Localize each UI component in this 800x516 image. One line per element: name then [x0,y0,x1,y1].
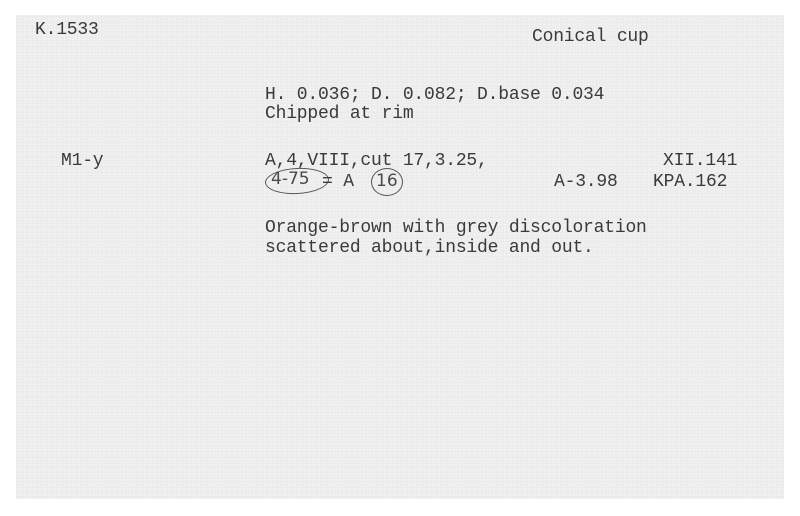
condition-note: Chipped at rim [265,105,413,124]
description-line-2: scattered about,inside and out. [265,239,594,258]
dimensions: H. 0.036; D. 0.082; D.base 0.034 [265,86,604,105]
object-type: Conical cup [532,28,649,47]
reference-right-2: KPA.162 [653,173,727,192]
handwritten-equals: = A [322,173,354,192]
reference-mid: A-3.98 [554,173,618,192]
context-code: M1-y [61,152,103,171]
handwritten-number-circled-2: 16 [376,171,398,191]
catalog-number: K.1533 [35,21,99,40]
handwritten-number-circled: 4-75 [271,169,310,189]
reference-right-1: XII.141 [663,152,737,171]
catalog-card: K.1533 Conical cup H. 0.036; D. 0.082; D… [16,15,784,499]
description-line-1: Orange-brown with grey discoloration [265,219,647,238]
